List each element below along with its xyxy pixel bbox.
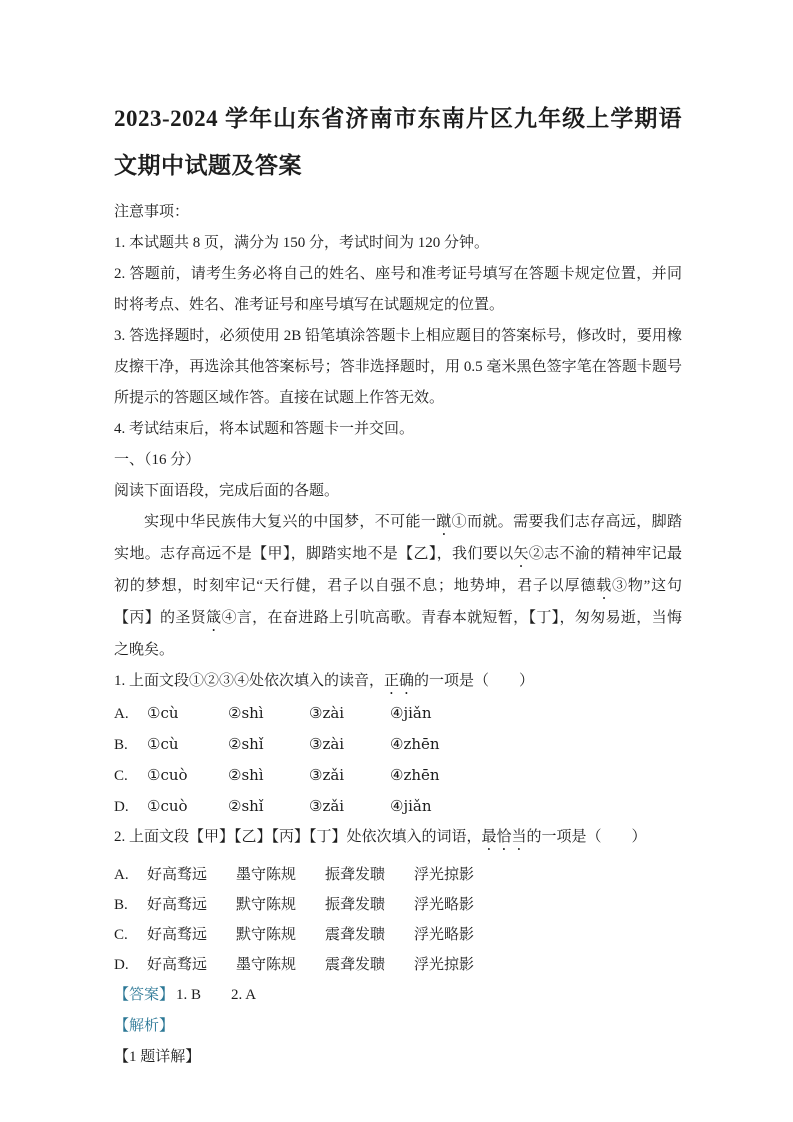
option-label: A. xyxy=(114,860,147,890)
option-item: ②shì xyxy=(228,698,309,728)
option-item: 浮光掠影 xyxy=(414,950,503,980)
question-2-option-b: B. 好高骛远 默守陈规 振聋发聩 浮光略影 xyxy=(114,890,682,920)
emphasized-text: 箴 xyxy=(206,610,221,626)
text-segment: 实现中华民族伟大复兴的中国梦，不可能一 xyxy=(144,514,436,530)
text-segment: 的一项是（ ） xyxy=(527,829,647,845)
option-item: ④jiǎn xyxy=(390,791,471,821)
reading-passage: 实现中华民族伟大复兴的中国梦，不可能一蹴①而就。需要我们志存高远，脚踏实地。志存… xyxy=(114,507,682,666)
question-1-options: A. ①cù ②shì ③zài ④jiǎn B. ①cù ②shǐ ③zài … xyxy=(114,698,682,822)
notice-item-3: 3. 答选择题时，必须使用 2B 铅笔填涂答题卡上相应题目的答案标号，修改时，要… xyxy=(114,321,682,414)
option-item: 浮光略影 xyxy=(414,920,503,950)
option-item: ③zài xyxy=(309,698,390,728)
option-label: D. xyxy=(114,950,147,980)
answer-text: 1. B 2. A xyxy=(176,980,256,1011)
question-2-option-d: D. 好高骛远 墨守陈规 震聋发聩 浮光掠影 xyxy=(114,950,682,980)
question-1-option-a: A. ①cù ②shì ③zài ④jiǎn xyxy=(114,698,682,729)
option-item: ④zhēn xyxy=(390,760,471,790)
option-item: 好高骛远 xyxy=(147,920,236,950)
option-item: ③zài xyxy=(309,729,390,759)
notice-heading: 注意事项： xyxy=(114,197,682,228)
option-item: ②shǐ xyxy=(228,729,309,759)
option-item: ②shǐ xyxy=(228,791,309,821)
option-item: 震聋发聩 xyxy=(325,920,414,950)
question-2-option-a: A. 好高骛远 墨守陈规 振聋发聩 浮光掠影 xyxy=(114,860,682,890)
emphasized-text: 正确 xyxy=(384,673,414,689)
question-1-option-d: D. ①cuò ②shǐ ③zǎi ④jiǎn xyxy=(114,791,682,822)
option-label: B. xyxy=(114,730,147,760)
option-item: 墨守陈规 xyxy=(236,860,325,890)
analysis-label: 【解析】 xyxy=(114,1011,682,1042)
option-label: B. xyxy=(114,890,147,920)
answer-row: 【答案】 1. B 2. A xyxy=(114,980,682,1011)
option-item: 默守陈规 xyxy=(236,920,325,950)
option-item: ④jiǎn xyxy=(390,698,471,728)
option-label: D. xyxy=(114,792,147,822)
emphasized-text: 蹴 xyxy=(436,514,451,530)
option-item: 好高骛远 xyxy=(147,860,236,890)
option-item: 默守陈规 xyxy=(236,890,325,920)
option-item: ①cuò xyxy=(147,760,228,790)
detail-1-label: 【1 题详解】 xyxy=(114,1042,682,1073)
option-item: 震聋发聩 xyxy=(325,950,414,980)
option-label: C. xyxy=(114,761,147,791)
option-item: ①cù xyxy=(147,729,228,759)
notice-item-2: 2. 答题前，请考生务必将自己的姓名、座号和准考证号填写在答题卡规定位置，并同时… xyxy=(114,259,682,321)
question-1-stem: 1. 上面文段①②③④处依次填入的读音，正确的一项是（ ） xyxy=(114,666,682,698)
emphasized-text: 最恰当 xyxy=(482,829,527,845)
question-1-option-b: B. ①cù ②shǐ ③zài ④zhēn xyxy=(114,729,682,760)
option-item: ①cuò xyxy=(147,791,228,821)
question-2-options: A. 好高骛远 墨守陈规 振聋发聩 浮光掠影 B. 好高骛远 默守陈规 振聋发聩… xyxy=(114,860,682,980)
option-item: ③zǎi xyxy=(309,760,390,790)
option-label: A. xyxy=(114,699,147,729)
emphasized-text: 载 xyxy=(596,578,612,594)
text-segment: 的一项是（ ） xyxy=(414,673,534,689)
page-title: 2023-2024 学年山东省济南市东南片区九年级上学期语文期中试题及答案 xyxy=(114,95,682,189)
option-item: 好高骛远 xyxy=(147,890,236,920)
text-segment: 2. 上面文段【甲】【乙】【丙】【丁】处依次填入的词语， xyxy=(114,829,482,845)
document-page: 2023-2024 学年山东省济南市东南片区九年级上学期语文期中试题及答案 注意… xyxy=(0,0,793,1122)
option-item: ①cù xyxy=(147,698,228,728)
notice-item-4: 4. 考试结束后，将本试题和答题卡一并交回。 xyxy=(114,414,682,445)
option-item: 振聋发聩 xyxy=(325,890,414,920)
reading-instruction: 阅读下面语段，完成后面的各题。 xyxy=(114,476,682,507)
question-1-option-c: C. ①cuò ②shì ③zǎi ④zhēn xyxy=(114,760,682,791)
question-2-stem: 2. 上面文段【甲】【乙】【丙】【丁】处依次填入的词语，最恰当的一项是（ ） xyxy=(114,822,682,854)
option-item: ③zǎi xyxy=(309,791,390,821)
option-item: 浮光掠影 xyxy=(414,860,503,890)
text-segment: 1. 上面文段①②③④处依次填入的读音， xyxy=(114,673,384,689)
notice-item-1: 1. 本试题共 8 页，满分为 150 分，考试时间为 120 分钟。 xyxy=(114,228,682,259)
option-item: 浮光略影 xyxy=(414,890,503,920)
emphasized-text: 矢 xyxy=(513,546,528,562)
option-item: ④zhēn xyxy=(390,729,471,759)
question-2-option-c: C. 好高骛远 默守陈规 震聋发聩 浮光略影 xyxy=(114,920,682,950)
option-item: 墨守陈规 xyxy=(236,950,325,980)
answer-label: 【答案】 xyxy=(114,980,174,1011)
option-item: ②shì xyxy=(228,760,309,790)
section-heading: 一、（16 分） xyxy=(114,445,682,476)
option-label: C. xyxy=(114,920,147,950)
option-item: 好高骛远 xyxy=(147,950,236,980)
option-item: 振聋发聩 xyxy=(325,860,414,890)
